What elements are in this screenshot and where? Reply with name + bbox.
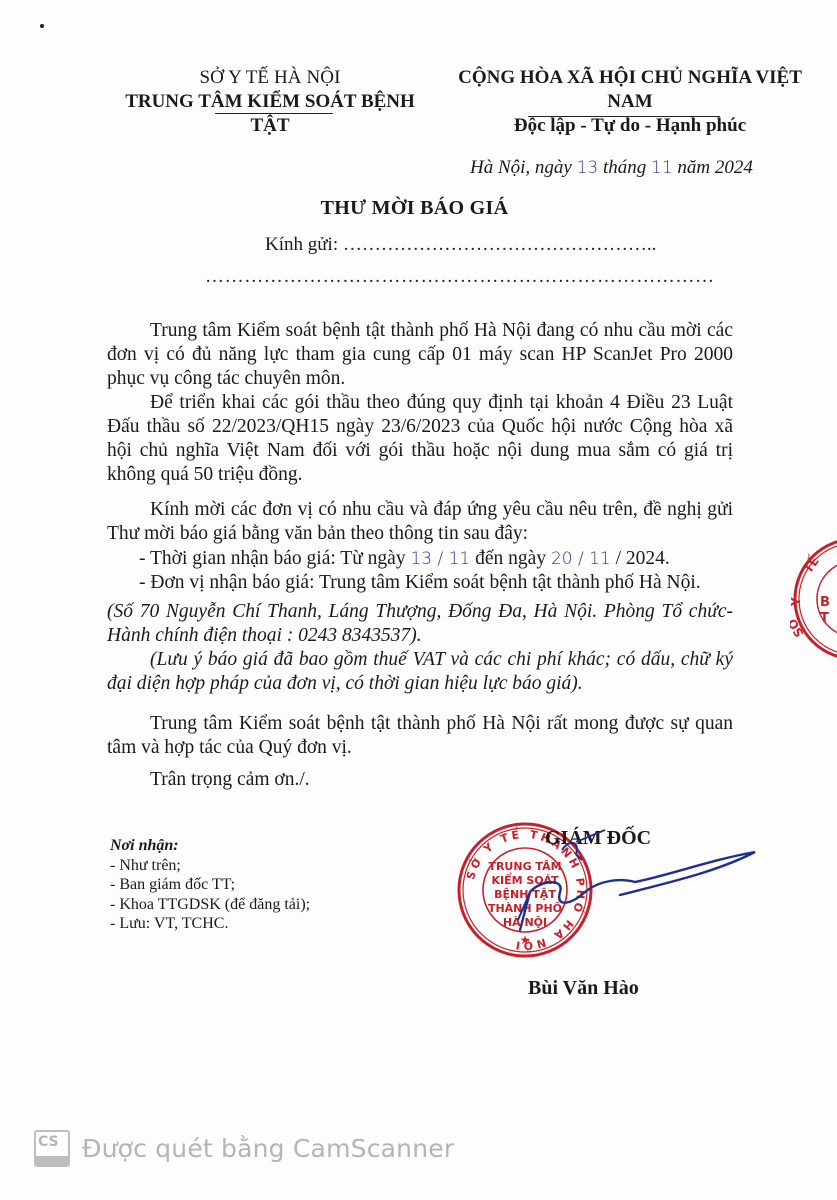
time-item: - Thời gian nhận báo giá: Từ ngày 13 / 1… (107, 547, 733, 571)
nation-name: CỘNG HÒA XÃ HỘI CHỦ NGHĨA VIỆT NAM (435, 66, 825, 114)
recipient-item: - Khoa TTGDSK (để đăng tải); (110, 895, 310, 915)
recipient-line: Kính gửi: ………………………………………….. (265, 234, 656, 256)
motto-underline (528, 116, 720, 117)
recipient-label: Kính gửi: (265, 234, 338, 255)
paragraph-invitation: Kính mời các đơn vị có nhu cầu và đáp ứn… (107, 498, 733, 546)
dateline: Hà Nội, ngày 13 tháng 11 năm 2024 (470, 157, 753, 179)
ministry-name: SỞ Y TẾ HÀ NỘI (105, 66, 435, 90)
document-title: THƯ MỜI BÁO GIÁ (321, 197, 509, 220)
header-underline (215, 113, 333, 114)
svg-text:B: B (820, 595, 830, 610)
national-motto: Độc lập - Tự do - Hạnh phúc (435, 114, 825, 138)
signatory-name: Bùi Văn Hào (528, 977, 639, 1000)
organization-name: TRUNG TÂM KIỂM SOÁT BỆNH TẬT (105, 90, 435, 138)
document-title-row: THƯ MỜI BÁO GIÁ (0, 197, 837, 220)
recipient-blank-1: ………………………………………….. (343, 234, 657, 255)
recipients-list: Nơi nhận: - Như trên; - Ban giám đốc TT;… (110, 836, 310, 934)
thanks-line: Trân trọng cảm ơn./. (107, 768, 733, 792)
time-item-suffix: / 2024. (616, 548, 670, 569)
recipient-item: - Ban giám đốc TT; (110, 875, 310, 895)
svg-text:Y: Y (790, 597, 803, 607)
recipients-label: Nơi nhận: (110, 836, 310, 856)
dateline-month-label: tháng (603, 157, 646, 178)
watermark-text: Được quét bằng CamScanner (82, 1134, 454, 1163)
issuing-agency-header: SỞ Y TẾ HÀ NỘI TRUNG TÂM KIỂM SOÁT BỆNH … (105, 66, 435, 138)
handwritten-month: 11 (651, 158, 673, 178)
recipient-blank-2: …………………………………………………………………… (205, 266, 715, 288)
partial-stamp-icon: TẾ Y SỞ B T (790, 534, 837, 664)
time-item-middle: đến ngày (475, 548, 546, 569)
svg-text:T: T (820, 611, 829, 626)
handwritten-day: 13 (577, 158, 599, 178)
dateline-year: năm 2024 (677, 157, 752, 178)
handwritten-to-date: 20 / 11 (551, 549, 611, 569)
national-header: CỘNG HÒA XÃ HỘI CHỦ NGHĨA VIỆT NAM Độc l… (435, 66, 825, 138)
dateline-prefix: Hà Nội, ngày (470, 157, 572, 178)
closing-paragraph: Trung tâm Kiểm soát bệnh tật thành phố H… (107, 712, 733, 760)
scanned-document-page: SỞ Y TẾ HÀ NỘI TRUNG TÂM KIỂM SOÁT BỆNH … (0, 0, 837, 1200)
unit-item: - Đơn vị nhận báo giá: Trung tâm Kiểm so… (107, 571, 733, 595)
camscanner-watermark: CS Được quét bằng CamScanner (34, 1130, 454, 1167)
recipient-item: - Như trên; (110, 856, 310, 876)
handwritten-signature-icon (470, 820, 830, 940)
handwritten-from-date: 13 / 11 (410, 549, 470, 569)
paragraph-need: Trung tâm Kiểm soát bệnh tật thành phố H… (107, 319, 733, 391)
scan-speck (40, 24, 44, 28)
address: (Số 70 Nguyễn Chí Thanh, Láng Thượng, Đố… (107, 600, 733, 648)
recipient-item: - Lưu: VT, TCHC. (110, 914, 310, 934)
time-item-prefix: - Thời gian nhận báo giá: Từ ngày (139, 548, 406, 569)
quote-note: (Lưu ý báo giá đã bao gồm thuế VAT và cá… (107, 648, 733, 696)
camscanner-logo-icon: CS (34, 1130, 70, 1167)
paragraph-legal-basis: Để triển khai các gói thầu theo đúng quy… (107, 391, 733, 487)
